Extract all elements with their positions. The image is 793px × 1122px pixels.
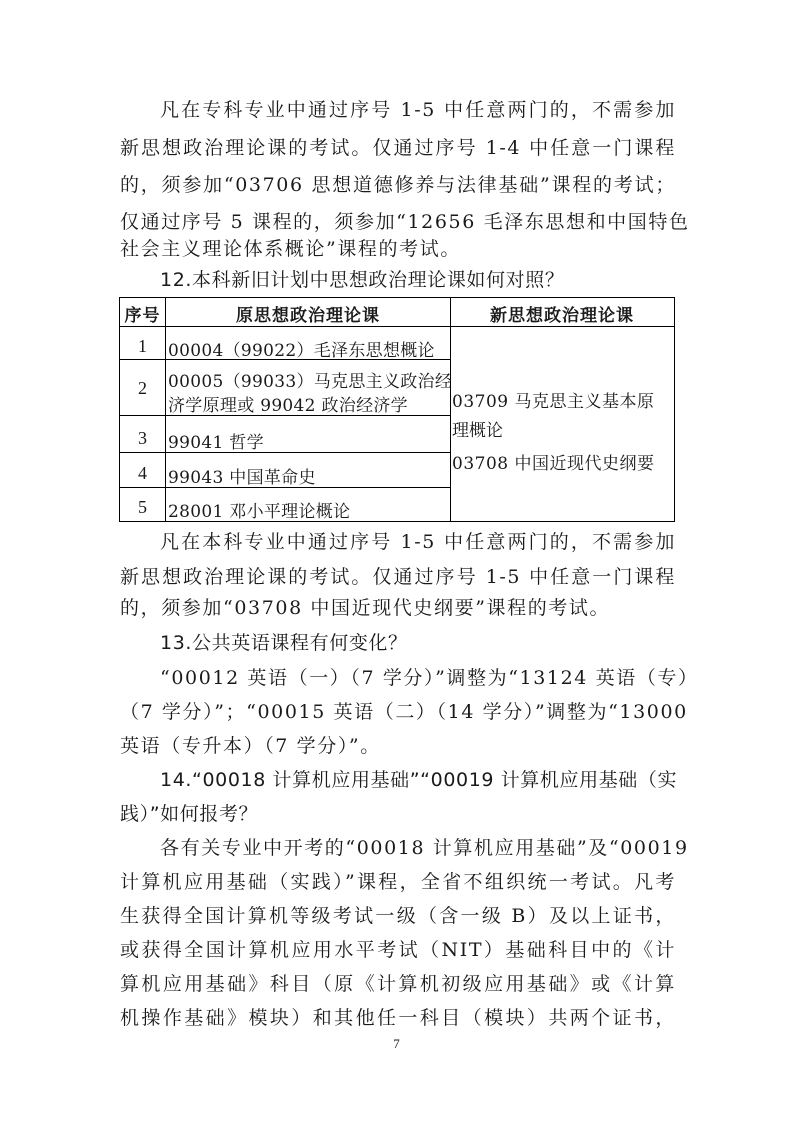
comparison-table: 序号 原思想政治理论课 新思想政治理论课 1 00004（99022）毛泽东思想… — [119, 297, 675, 522]
table-row-3-old: 99041 哲学 — [167, 428, 264, 453]
paragraph-line: 算机应用基础》科目（原《计算机初级应用基础》或《计算 — [120, 972, 676, 996]
paragraph-line: 仅通过序号 5 课程的，须参加“12656 毛泽东思想和中国特色 — [120, 210, 676, 234]
table-header-old: 原思想政治理论课 — [166, 301, 450, 326]
heading-line: 14.“00018 计算机应用基础”“00019 计算机应用基础（实 — [160, 768, 676, 792]
new-course-line: 03709 马克思主义基本原 — [452, 387, 654, 412]
table-divider — [120, 326, 674, 327]
paragraph-line: 凡在本科专业中通过序号 1-5 中任意两门的，不需参加 — [160, 530, 676, 554]
page-number: 7 — [0, 1036, 793, 1052]
table-row-1-old: 00004（99022）毛泽东思想概论 — [167, 336, 435, 361]
paragraph-line: 的，须参加“03708 中国近现代史纲要”课程的考试。 — [120, 596, 676, 620]
paragraph-line: 各有关专业中开考的“00018 计算机应用基础”及“00019 — [160, 836, 676, 860]
section-12-heading: 12.本科新旧计划中思想政治理论课如何对照？ — [160, 268, 676, 292]
table-row-5-old: 28001 邓小平理论概论 — [167, 497, 350, 522]
paragraph-line: 机操作基础》模块）和其他任一科目（模块）共两个证书， — [120, 1006, 676, 1030]
table-row-4-old: 99043 中国革命史 — [167, 463, 316, 488]
table-row-2-old-line1: 00005（99033）马克思主义政治经 — [167, 367, 452, 392]
table-header-new: 新思想政治理论课 — [451, 301, 673, 326]
table-header-no: 序号 — [120, 301, 165, 326]
table-row-5-no: 5 — [120, 497, 165, 518]
section-13-heading: 13.公共英语课程有何变化？ — [160, 631, 676, 655]
table-row-3-no: 3 — [120, 428, 165, 449]
heading-line: 践）”如何报考？ — [120, 802, 676, 826]
paragraph-line: 新思想政治理论课的考试。仅通过序号 1-5 中任意一门课程 — [120, 565, 676, 589]
paragraph-line: 社会主义理论体系概论”课程的考试。 — [120, 237, 676, 261]
paragraph-line: 凡在专科专业中通过序号 1-5 中任意两门的，不需参加 — [160, 98, 676, 122]
paragraph-line: 新思想政治理论课的考试。仅通过序号 1-4 中任意一门课程 — [120, 136, 676, 160]
paragraph-line: 或获得全国计算机应用水平考试（NIT）基础科目中的《计 — [120, 938, 676, 962]
paragraph-line: 的，须参加“03706 思想道德修养与法律基础”课程的考试； — [120, 173, 676, 197]
table-row-4-no: 4 — [120, 463, 165, 484]
table-row-1-no: 1 — [120, 336, 165, 357]
new-course-line: 03708 中国近现代史纲要 — [452, 449, 654, 474]
paragraph-line: “00012 英语（一）（7 学分）”调整为“13124 英语（专） — [160, 666, 676, 690]
table-row-2-no: 2 — [120, 378, 165, 399]
paragraph-line: 英语（专升本）（7 学分）”。 — [120, 734, 676, 758]
table-row-2-old-line2: 济学原理或 99042 政治经济学 — [167, 391, 408, 416]
paragraph-line: 生获得全国计算机等级考试一级（含一级 B）及以上证书， — [120, 904, 676, 928]
paragraph-line: （7 学分）”；“00015 英语（二）（14 学分）”调整为“13000 — [120, 700, 676, 724]
new-course-line: 理概论 — [452, 416, 503, 441]
paragraph-line: 计算机应用基础（实践）”课程，全省不组织统一考试。凡考 — [120, 870, 676, 894]
